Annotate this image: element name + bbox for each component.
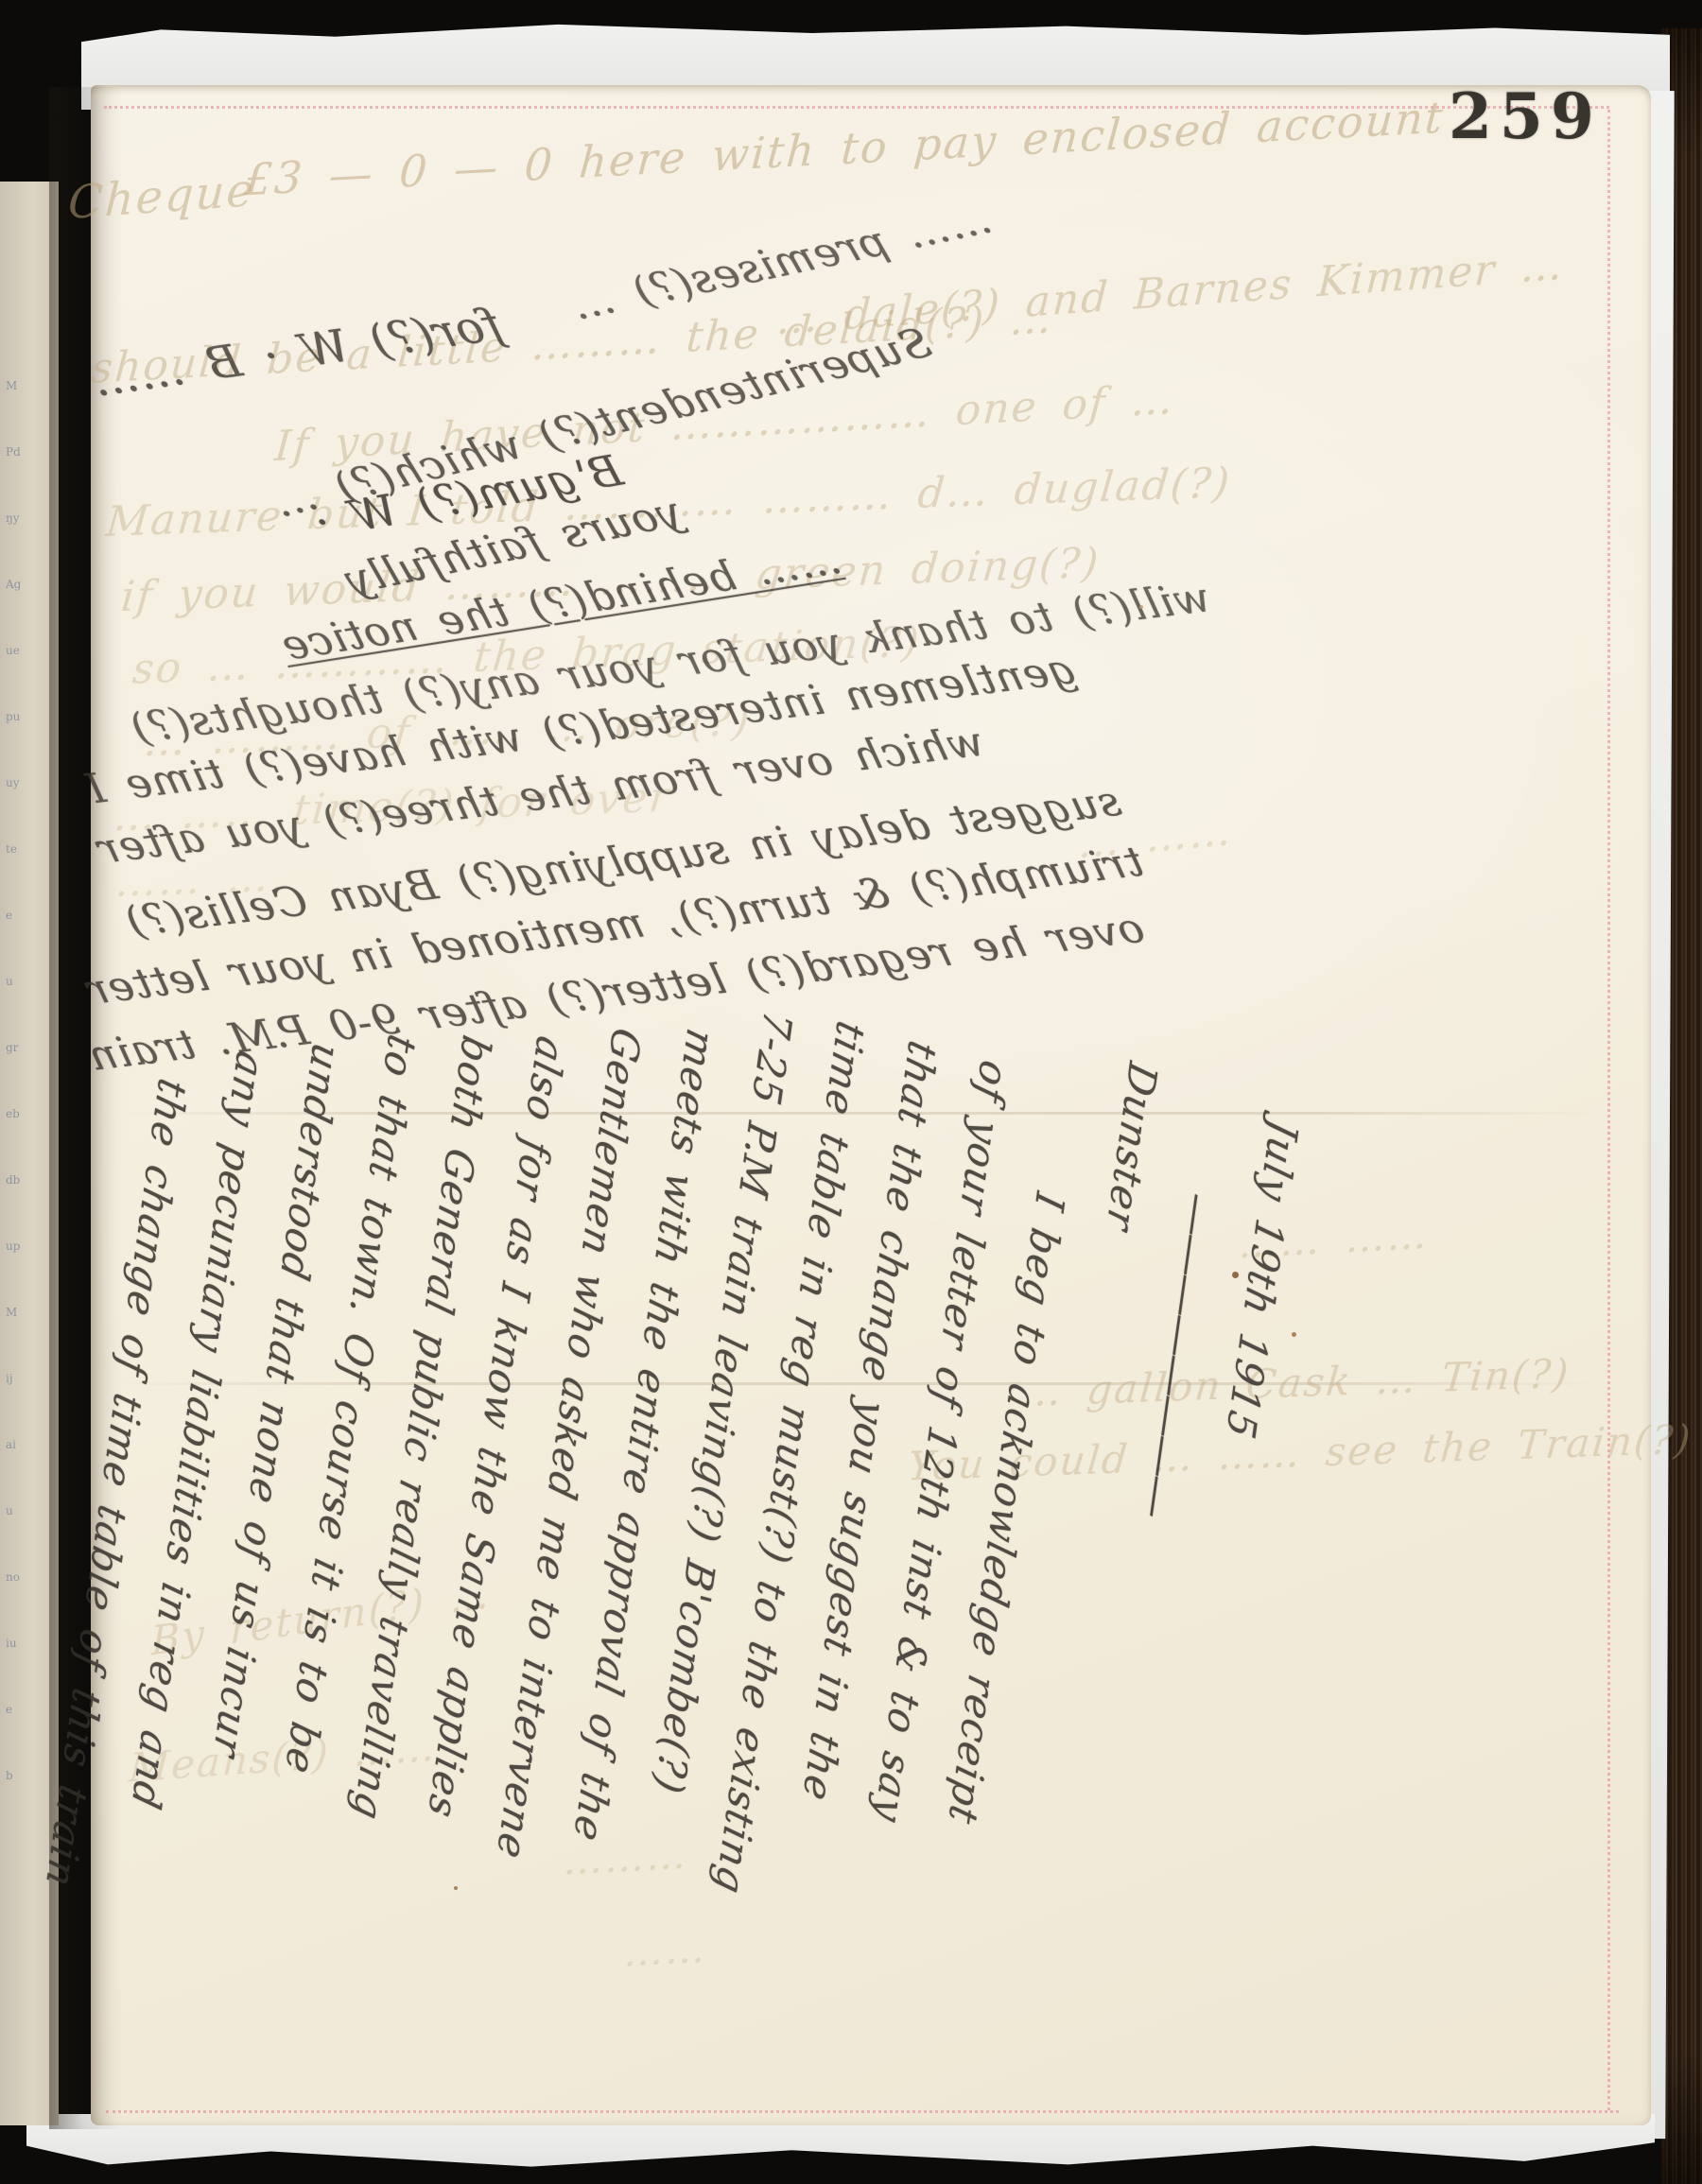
edge-text-fragment: up (6, 1240, 43, 1252)
scanned-letterbook-page: MPdŋyAguepuuyteeugrebdbupMijaiunoiueb 25… (0, 0, 1702, 2184)
edge-text-fragment: eb (6, 1108, 43, 1119)
red-dotted-rule-bottom (106, 2110, 1619, 2113)
foxing-speck (1232, 1272, 1239, 1278)
page-number-stamp: 259 (1449, 79, 1602, 153)
edge-text-fragment: Pd (6, 446, 43, 458)
press-copy-letter-block: July 19th 1915――――――――DunsterI beg to ac… (31, 925, 1326, 1987)
edge-text-fragment: u (6, 976, 43, 987)
edge-text-fragment: M (6, 380, 43, 391)
edge-text-fragment: uy (6, 777, 43, 789)
red-dotted-rule-right (1607, 110, 1610, 2110)
foxing-speck (1139, 605, 1143, 609)
edge-text-fragment: iu (6, 1638, 43, 1649)
edge-text-fragment: M (6, 1307, 43, 1318)
ghost-line: …… (622, 1925, 708, 1976)
edge-text-fragment: ij (6, 1373, 43, 1384)
edge-text-fragment: ŋy (6, 512, 43, 524)
edge-text-fragment: no (6, 1571, 43, 1583)
edge-text-fragment: pu (6, 711, 43, 722)
edge-text-fragment: u (6, 1505, 43, 1517)
edge-text-fragment: ue (6, 645, 43, 656)
foxing-speck (1292, 1332, 1296, 1337)
edge-text-fragment: db (6, 1174, 43, 1186)
foxing-speck (454, 1886, 458, 1890)
edge-text-fragment: e (6, 910, 43, 921)
edge-text-fragment: Ag (6, 579, 43, 590)
edge-text-fragment: te (6, 843, 43, 855)
edge-print-fragments: MPdŋyAguepuuyteeugrebdbupMijaiunoiueb (6, 380, 43, 1781)
edge-text-fragment: ai (6, 1439, 43, 1450)
edge-text-fragment: gr (6, 1042, 43, 1053)
edge-text-fragment: e (6, 1704, 43, 1715)
